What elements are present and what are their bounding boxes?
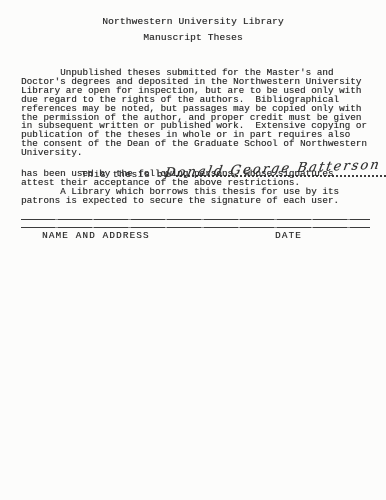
- scanned-form-page: Northwestern University Library Manuscri…: [0, 0, 386, 500]
- borrowing-library-paragraph: A Library which borrows this thesis for …: [21, 188, 377, 206]
- document-title: Northwestern University Library: [0, 16, 386, 27]
- name-address-column-header: NAME AND ADDRESS: [42, 231, 150, 240]
- usage-statement-paragraph: has been used by the following persons, …: [21, 170, 377, 188]
- document-subtitle: Manuscript Theses: [0, 32, 386, 43]
- date-column-header: DATE: [275, 231, 302, 240]
- divider-line-top: [21, 219, 370, 221]
- divider-line-bottom: [21, 227, 370, 229]
- restrictions-paragraph: Unpublished theses submitted for the Mas…: [21, 69, 377, 158]
